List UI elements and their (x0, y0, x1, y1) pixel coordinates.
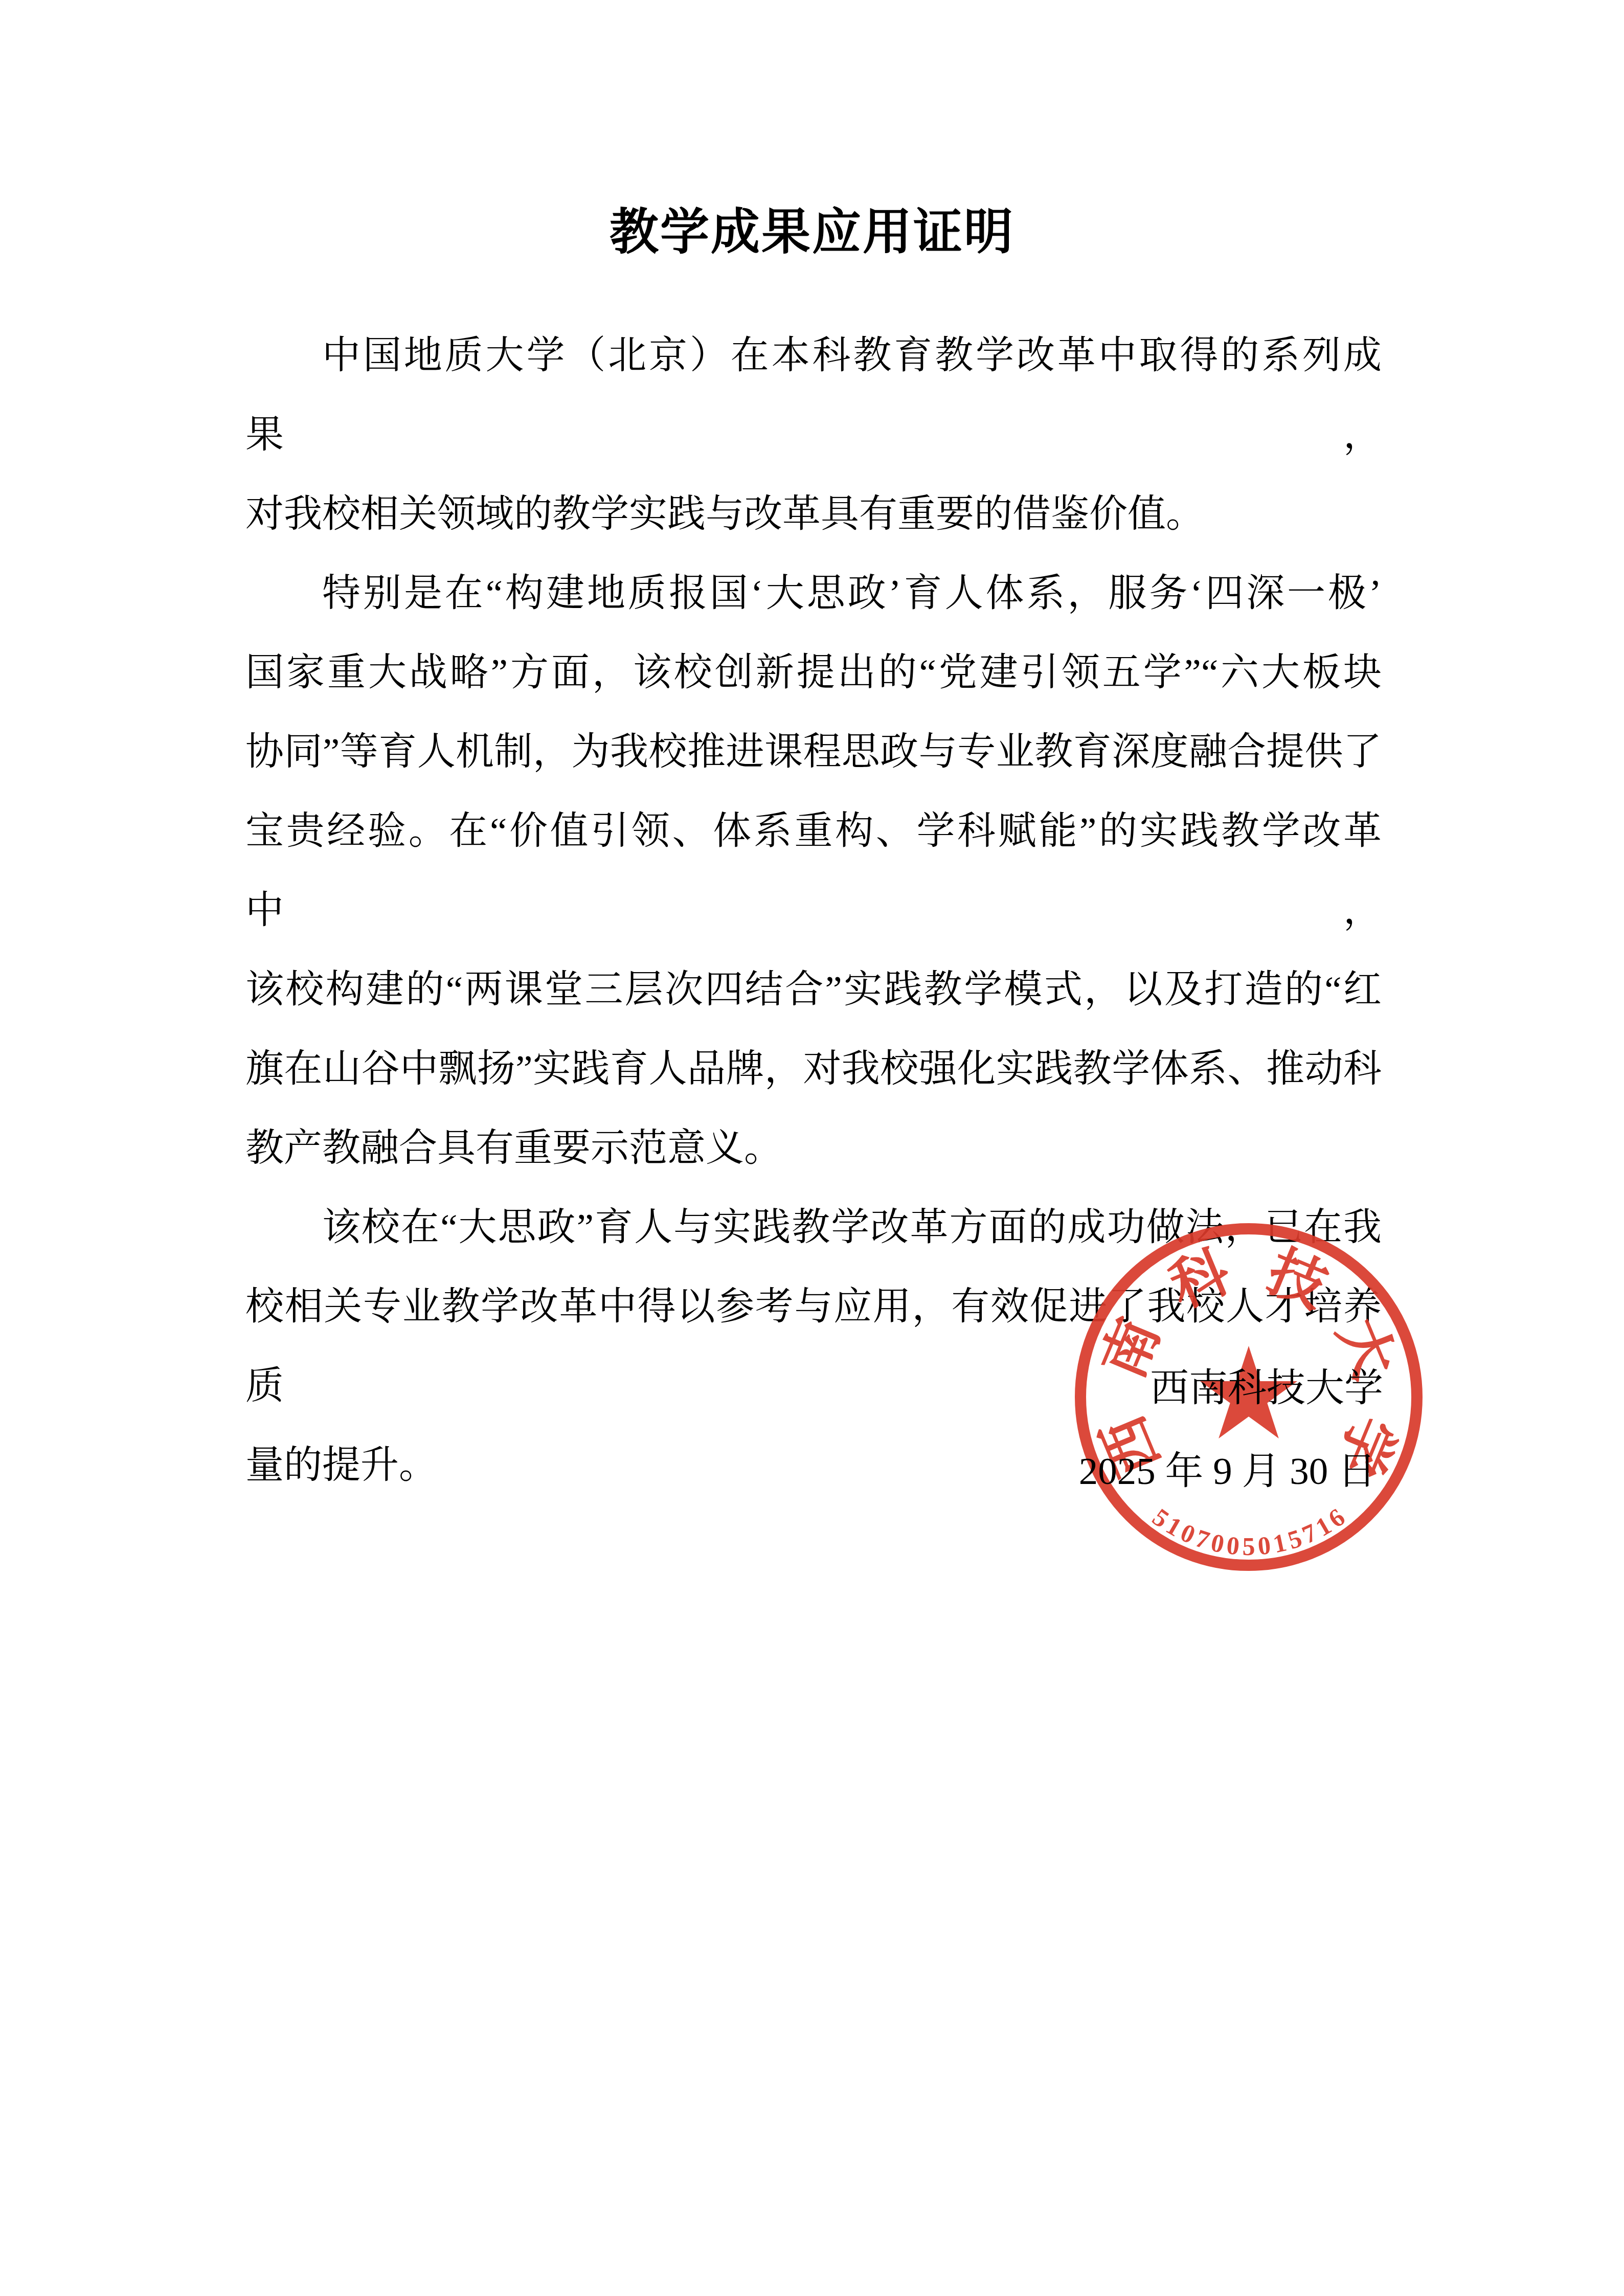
body-line: 国家重大战略”方面，该校创新提出的“党建引领五学”“六大板块 (245, 633, 1382, 712)
signature-university: 西南科技大学 (1150, 1349, 1383, 1428)
certificate-page: 教学成果应用证明 中国地质大学（北京）在本科教育教学改革中取得的系列成果， 对我… (0, 0, 1624, 2296)
svg-text:0: 0 (1256, 1530, 1272, 1560)
body-line: 特别是在“构建地质报国‘大思政’育人体系，服务‘四深一极’ (245, 554, 1382, 633)
svg-text:5: 5 (1243, 1532, 1255, 1561)
signature-date: 2025 年 9 月 30 日 (1079, 1432, 1376, 1511)
body-line: 对我校相关领域的教学实践与改革具有重要的借鉴价值。 (245, 475, 1382, 554)
svg-text:0: 0 (1225, 1530, 1241, 1560)
body-line: 教产教融合具有重要示范意义。 (245, 1109, 1382, 1188)
document-title: 教学成果应用证明 (0, 206, 1624, 259)
body-line: 宝贵经验。在“价值引领、体系重构、学科赋能”的实践教学改革中， (245, 792, 1382, 950)
body-line: 旗在山谷中飘扬”实践育人品牌，对我校强化实践教学体系、推动科 (245, 1029, 1382, 1109)
body-line: 协同”等育人机制，为我校推进课程思政与专业教育深度融合提供了 (245, 712, 1382, 792)
body-line: 该校构建的“两课堂三层次四结合”实践教学模式，以及打造的“红 (245, 950, 1382, 1029)
body-line: 中国地质大学（北京）在本科教育教学改革中取得的系列成果， (245, 316, 1382, 475)
